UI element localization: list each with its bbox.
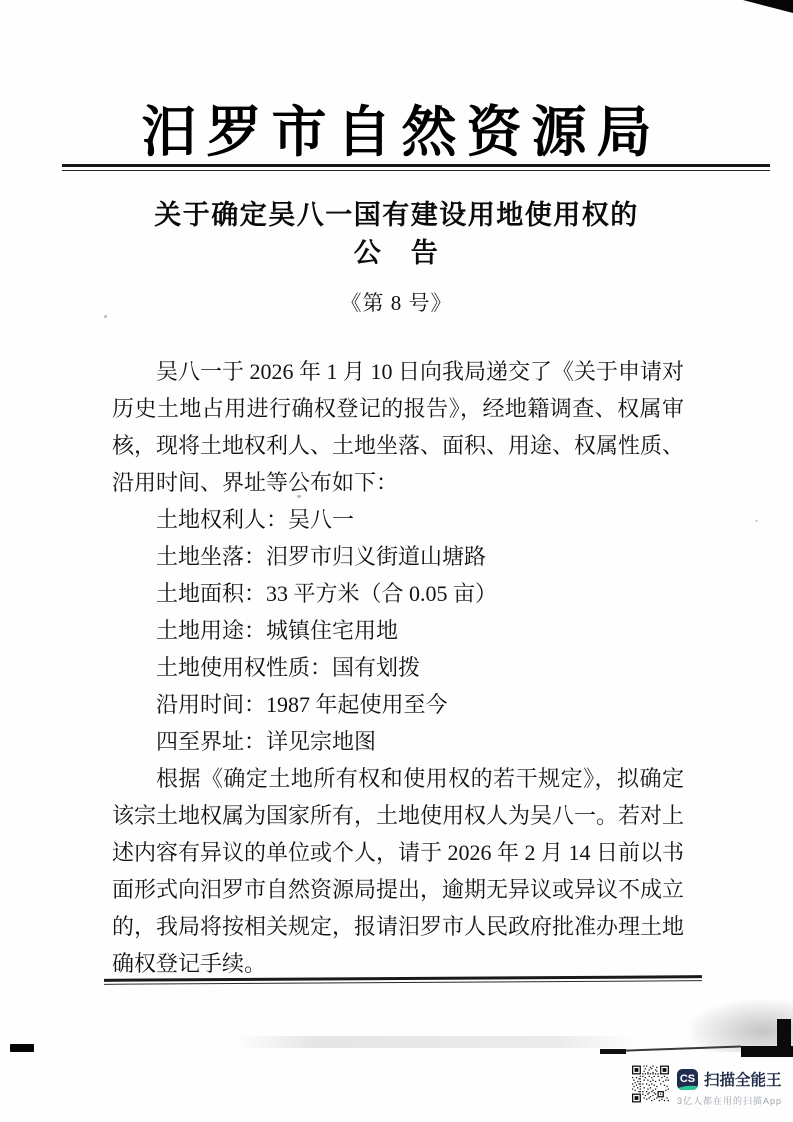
field-label: 土地权利人： bbox=[156, 507, 288, 532]
field-land-use: 土地用途：城镇住宅用地 bbox=[112, 612, 684, 649]
field-land-location: 土地坐落：汨罗市归义街道山塘路 bbox=[112, 538, 684, 575]
scanner-app-name: 扫描全能王 bbox=[704, 1068, 782, 1090]
scan-artifact-dash bbox=[600, 1049, 626, 1054]
field-value: 城镇住宅用地 bbox=[266, 618, 398, 643]
doc-number: 《第 8 号》 bbox=[0, 287, 793, 317]
field-land-holder: 土地权利人：吴八一 bbox=[112, 501, 684, 538]
notice-title-line1: 关于确定吴八一国有建设用地使用权的 bbox=[0, 193, 793, 232]
camscanner-logo-icon: CS bbox=[677, 1069, 698, 1090]
scanned-document-page: 汨罗市自然资源局 关于确定吴八一国有建设用地使用权的 公 告 《第 8 号》 吴… bbox=[0, 0, 793, 1122]
field-land-area: 土地面积：33 平方米（合 0.05 亩） bbox=[112, 575, 684, 612]
field-usage-period: 沿用时间：1987 年起使用至今 bbox=[112, 686, 684, 723]
field-value: 国有划拨 bbox=[332, 655, 420, 680]
field-value: 汨罗市归义街道山塘路 bbox=[266, 544, 486, 569]
scan-artifact-smudge bbox=[690, 1000, 793, 1052]
field-value: 详见宗地图 bbox=[266, 729, 376, 754]
scan-artifact-blob bbox=[777, 1019, 791, 1056]
scan-artifact-blob bbox=[741, 1046, 793, 1057]
field-label: 土地用途： bbox=[156, 618, 266, 643]
field-label: 土地使用权性质： bbox=[156, 655, 332, 680]
qr-code-icon bbox=[632, 1065, 669, 1103]
field-label: 四至界址： bbox=[156, 729, 266, 754]
scan-artifact-top-right-corner bbox=[743, 0, 793, 13]
notice-title-line2: 公 告 bbox=[0, 231, 793, 270]
header-divider bbox=[62, 164, 770, 171]
scan-artifact-dash bbox=[10, 1044, 34, 1052]
field-label: 土地坐落： bbox=[156, 544, 266, 569]
paragraph-intro: 吴八一于 2026 年 1 月 10 日向我局递交了《关于申请对历史土地占用进行… bbox=[112, 353, 684, 501]
scan-artifact-scratch bbox=[601, 1046, 741, 1052]
field-value: 1987 年起使用至今 bbox=[266, 692, 448, 717]
document-body: 吴八一于 2026 年 1 月 10 日向我局递交了《关于申请对历史土地占用进行… bbox=[112, 353, 684, 982]
scanner-app-tagline: 3亿人都在用的扫描App bbox=[677, 1094, 782, 1107]
camscanner-logo-text: CS bbox=[680, 1073, 695, 1085]
field-value: 33 平方米（合 0.05 亩） bbox=[266, 581, 497, 606]
scan-artifact-band bbox=[235, 1036, 635, 1048]
field-boundaries: 四至界址：详见宗地图 bbox=[112, 723, 684, 760]
field-value: 吴八一 bbox=[288, 507, 354, 532]
field-label: 沿用时间： bbox=[156, 692, 266, 717]
scan-speck bbox=[104, 315, 107, 318]
agency-title: 汨罗市自然资源局 bbox=[0, 88, 793, 167]
field-right-nature: 土地使用权性质：国有划拨 bbox=[112, 649, 684, 686]
paragraph-decision: 根据《确定土地所有权和使用权的若干规定》，拟确定该宗土地权属为国家所有，土地使用… bbox=[112, 760, 684, 982]
scan-speck bbox=[297, 495, 301, 498]
field-label: 土地面积： bbox=[156, 581, 266, 606]
camscanner-watermark: CS 扫描全能王 3亿人都在用的扫描App bbox=[632, 1062, 782, 1108]
scan-speck bbox=[755, 520, 758, 522]
